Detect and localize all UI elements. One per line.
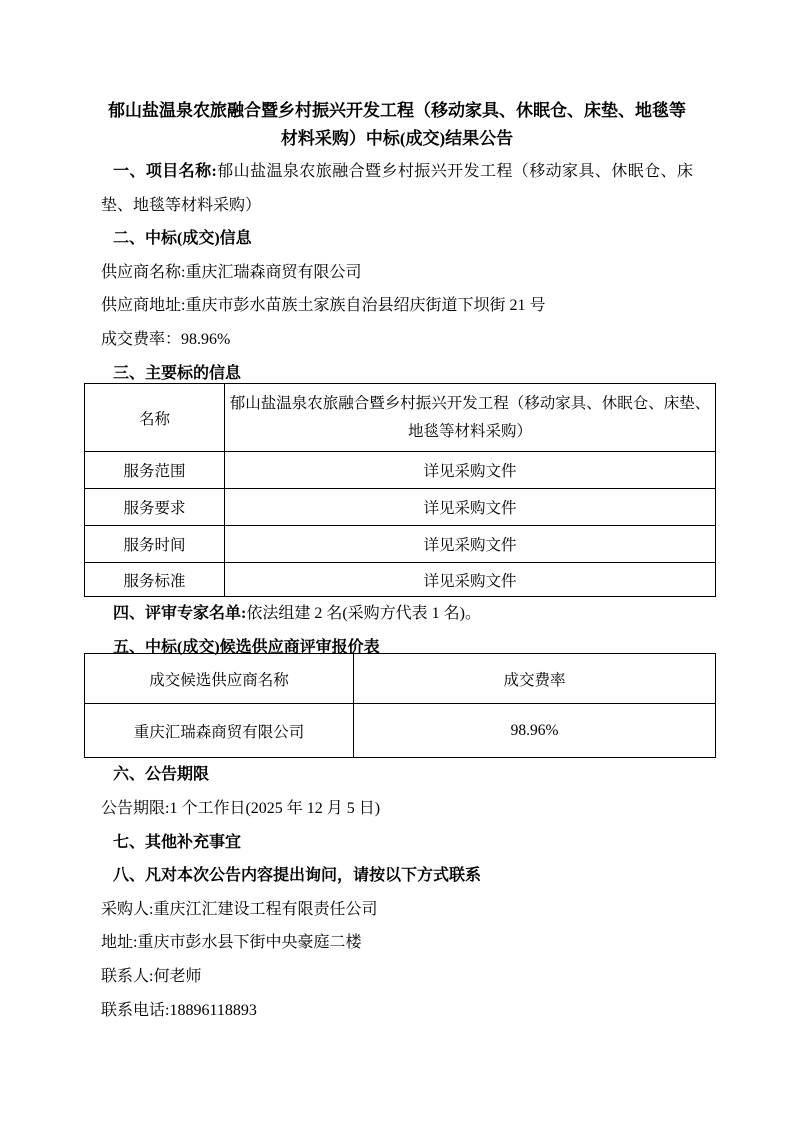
project-name-label: 一、项目名称: bbox=[113, 163, 217, 180]
section-1-paragraph: 一、项目名称:郁山盐温泉农旅融合暨乡村振兴开发工程（移动家具、休眠仓、床垫、地毯… bbox=[101, 155, 693, 222]
table-row: 重庆汇瑞森商贸有限公司 98.96% bbox=[85, 704, 716, 758]
table-row: 服务要求 详见采购文件 bbox=[85, 489, 716, 526]
deal-rate-line: 成交费率：98.96% bbox=[101, 323, 693, 357]
candidate-quote-table: 成交候选供应商名称 成交费率 重庆汇瑞森商贸有限公司 98.96% bbox=[84, 653, 716, 758]
deal-rate-header-cell: 成交费率 bbox=[354, 654, 716, 704]
subject-info-table: 名称 郁山盐温泉农旅融合暨乡村振兴开发工程（移动家具、休眠仓、床垫、地毯等材料采… bbox=[84, 383, 716, 597]
row-value-cell: 详见采购文件 bbox=[225, 526, 716, 563]
section-4-paragraph: 四、评审专家名单:依法组建 2 名(采购方代表 1 名)。 bbox=[101, 597, 693, 631]
section-2-heading: 二、中标(成交)信息 bbox=[101, 222, 693, 256]
page-title: 郁山盐温泉农旅融合暨乡村振兴开发工程（移动家具、休眠仓、床垫、地毯等材料采购）中… bbox=[101, 97, 693, 153]
deal-rate-cell: 98.96% bbox=[354, 704, 716, 758]
supplier-address-line: 供应商地址:重庆市彭水苗族土家族自治县绍庆街道下坝街 21 号 bbox=[101, 289, 693, 323]
row-label-cell: 服务要求 bbox=[85, 489, 225, 526]
candidate-name-cell: 重庆汇瑞森商贸有限公司 bbox=[85, 704, 354, 758]
purchaser-line: 采购人:重庆江汇建设工程有限责任公司 bbox=[101, 893, 693, 927]
row-value-cell: 详见采购文件 bbox=[225, 452, 716, 489]
contact-phone-line: 联系电话:18896118893 bbox=[101, 994, 693, 1028]
section-8-heading: 八、凡对本次公告内容提出询问，请按以下方式联系 bbox=[101, 859, 693, 893]
document-page: 郁山盐温泉农旅融合暨乡村振兴开发工程（移动家具、休眠仓、床垫、地毯等材料采购）中… bbox=[0, 0, 793, 1122]
section-6-heading: 六、公告期限 bbox=[101, 758, 693, 792]
expert-list-label: 四、评审专家名单: bbox=[113, 605, 246, 622]
contact-address-line: 地址:重庆市彭水县下街中央豪庭二楼 bbox=[101, 926, 693, 960]
supplier-name-line: 供应商名称:重庆汇瑞森商贸有限公司 bbox=[101, 256, 693, 290]
table-row: 服务时间 详见采购文件 bbox=[85, 526, 716, 563]
contact-person-line: 联系人:何老师 bbox=[101, 960, 693, 994]
table-row: 服务范围 详见采购文件 bbox=[85, 452, 716, 489]
row-label-cell: 服务范围 bbox=[85, 452, 225, 489]
table-row: 服务标准 详见采购文件 bbox=[85, 563, 716, 597]
row-label-cell: 服务标准 bbox=[85, 563, 225, 597]
expert-list-text: 依法组建 2 名(采购方代表 1 名)。 bbox=[246, 605, 481, 622]
row-value-cell: 详见采购文件 bbox=[225, 563, 716, 597]
row-label-cell: 名称 bbox=[85, 384, 225, 452]
row-value-cell: 郁山盐温泉农旅融合暨乡村振兴开发工程（移动家具、休眠仓、床垫、地毯等材料采购） bbox=[225, 384, 716, 452]
table-row: 名称 郁山盐温泉农旅融合暨乡村振兴开发工程（移动家具、休眠仓、床垫、地毯等材料采… bbox=[85, 384, 716, 452]
section-7-heading: 七、其他补充事宜 bbox=[101, 826, 693, 860]
row-value-cell: 详见采购文件 bbox=[225, 489, 716, 526]
announcement-period-line: 公告期限:1 个工作日(2025 年 12 月 5 日) bbox=[101, 792, 693, 826]
row-label-cell: 服务时间 bbox=[85, 526, 225, 563]
